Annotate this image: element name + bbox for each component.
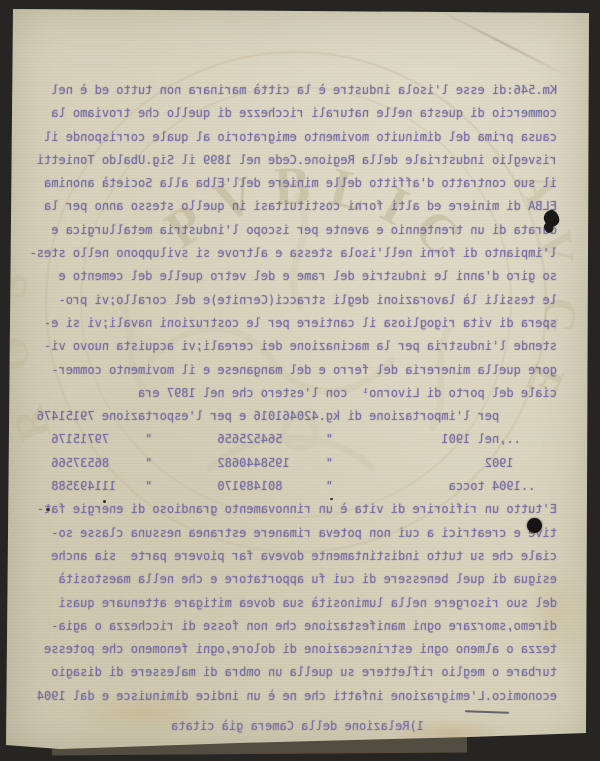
footnote-separator-line xyxy=(465,710,509,714)
typed-text-layer-mirrored: Km.546:di esse l'isola industre è la cit… xyxy=(0,0,600,761)
typed-line: spera di vita rigogliosa il cantiere per… xyxy=(35,312,557,335)
paper-sheet: PVBLIC AVGE ROS Km.546:di esse l' xyxy=(0,0,600,761)
typed-line: durata di un trentennio e avente per isc… xyxy=(35,219,557,242)
ink-speck xyxy=(46,508,50,511)
typed-line: ELBA di miniere ed alti forni costituita… xyxy=(35,195,557,218)
typed-lines: Km.546:di esse l'isola industre è la cit… xyxy=(35,79,557,708)
punch-hole-dot xyxy=(527,518,542,533)
typed-line: stende l'industria per la macinazione de… xyxy=(35,335,557,358)
typed-line: risveglio industriale della Regione.Cede… xyxy=(35,149,557,172)
typed-line: turbare o meglio riflettere su quella un… xyxy=(35,661,557,684)
typed-line: l'impianto di forni nell'isola stessa e … xyxy=(35,242,557,265)
typed-line: ciale del porto di Livorno¹ con l'estero… xyxy=(35,382,557,405)
typed-line: so giro d'anni le industrie del rame e d… xyxy=(35,265,557,288)
ink-speck xyxy=(330,498,333,500)
typed-line: 1902 " 1958440682 " 86537566 xyxy=(35,452,557,475)
typed-line: il suo contratto d'affitto delle miniere… xyxy=(35,172,557,195)
scan-background: PVBLIC AVGE ROS Km.546:di esse l' xyxy=(0,0,600,761)
typed-line: esigua di quel benessere di cui fu appor… xyxy=(35,568,557,591)
ink-speck xyxy=(103,500,106,503)
typed-line: ciale che su tutto indistintamente dovev… xyxy=(35,545,557,568)
typed-line: E'tutto un rifiorire di vita è un rinnov… xyxy=(35,498,557,521)
typed-line: per l'importazione di kg.420461016 e per… xyxy=(35,405,557,428)
typed-line: tive e creatrici a cui non poteva rimane… xyxy=(35,522,557,545)
typed-line: del suo risorgere nella luminosità sua d… xyxy=(35,592,557,615)
typed-line: le tessili là lavorazioni degli stracci(… xyxy=(35,289,557,312)
typed-line: ..,nel 1901 " 564525656 " 79715176 xyxy=(35,428,557,451)
typed-line: ..1904 tocca " 801489170 " 111493588 xyxy=(35,475,557,498)
typed-line: economico.L'emigrazione infatti che ne è… xyxy=(35,685,557,708)
typed-line: tezza o almeno ogni estrinsecazione di d… xyxy=(35,638,557,661)
footnote-text: 1)Relazione della Camera già citata xyxy=(171,719,424,733)
typed-line: Km.546:di esse l'isola industre è la cit… xyxy=(35,79,557,102)
typed-line: commercio di questa nelle naturali ricch… xyxy=(35,102,557,125)
typed-line: diremo,smorzare ogni manifestazione che … xyxy=(35,615,557,638)
typed-line: causa prima del diminuito movimento emig… xyxy=(35,126,557,149)
typed-line: gore quella minereria del ferro e del ma… xyxy=(35,359,557,382)
